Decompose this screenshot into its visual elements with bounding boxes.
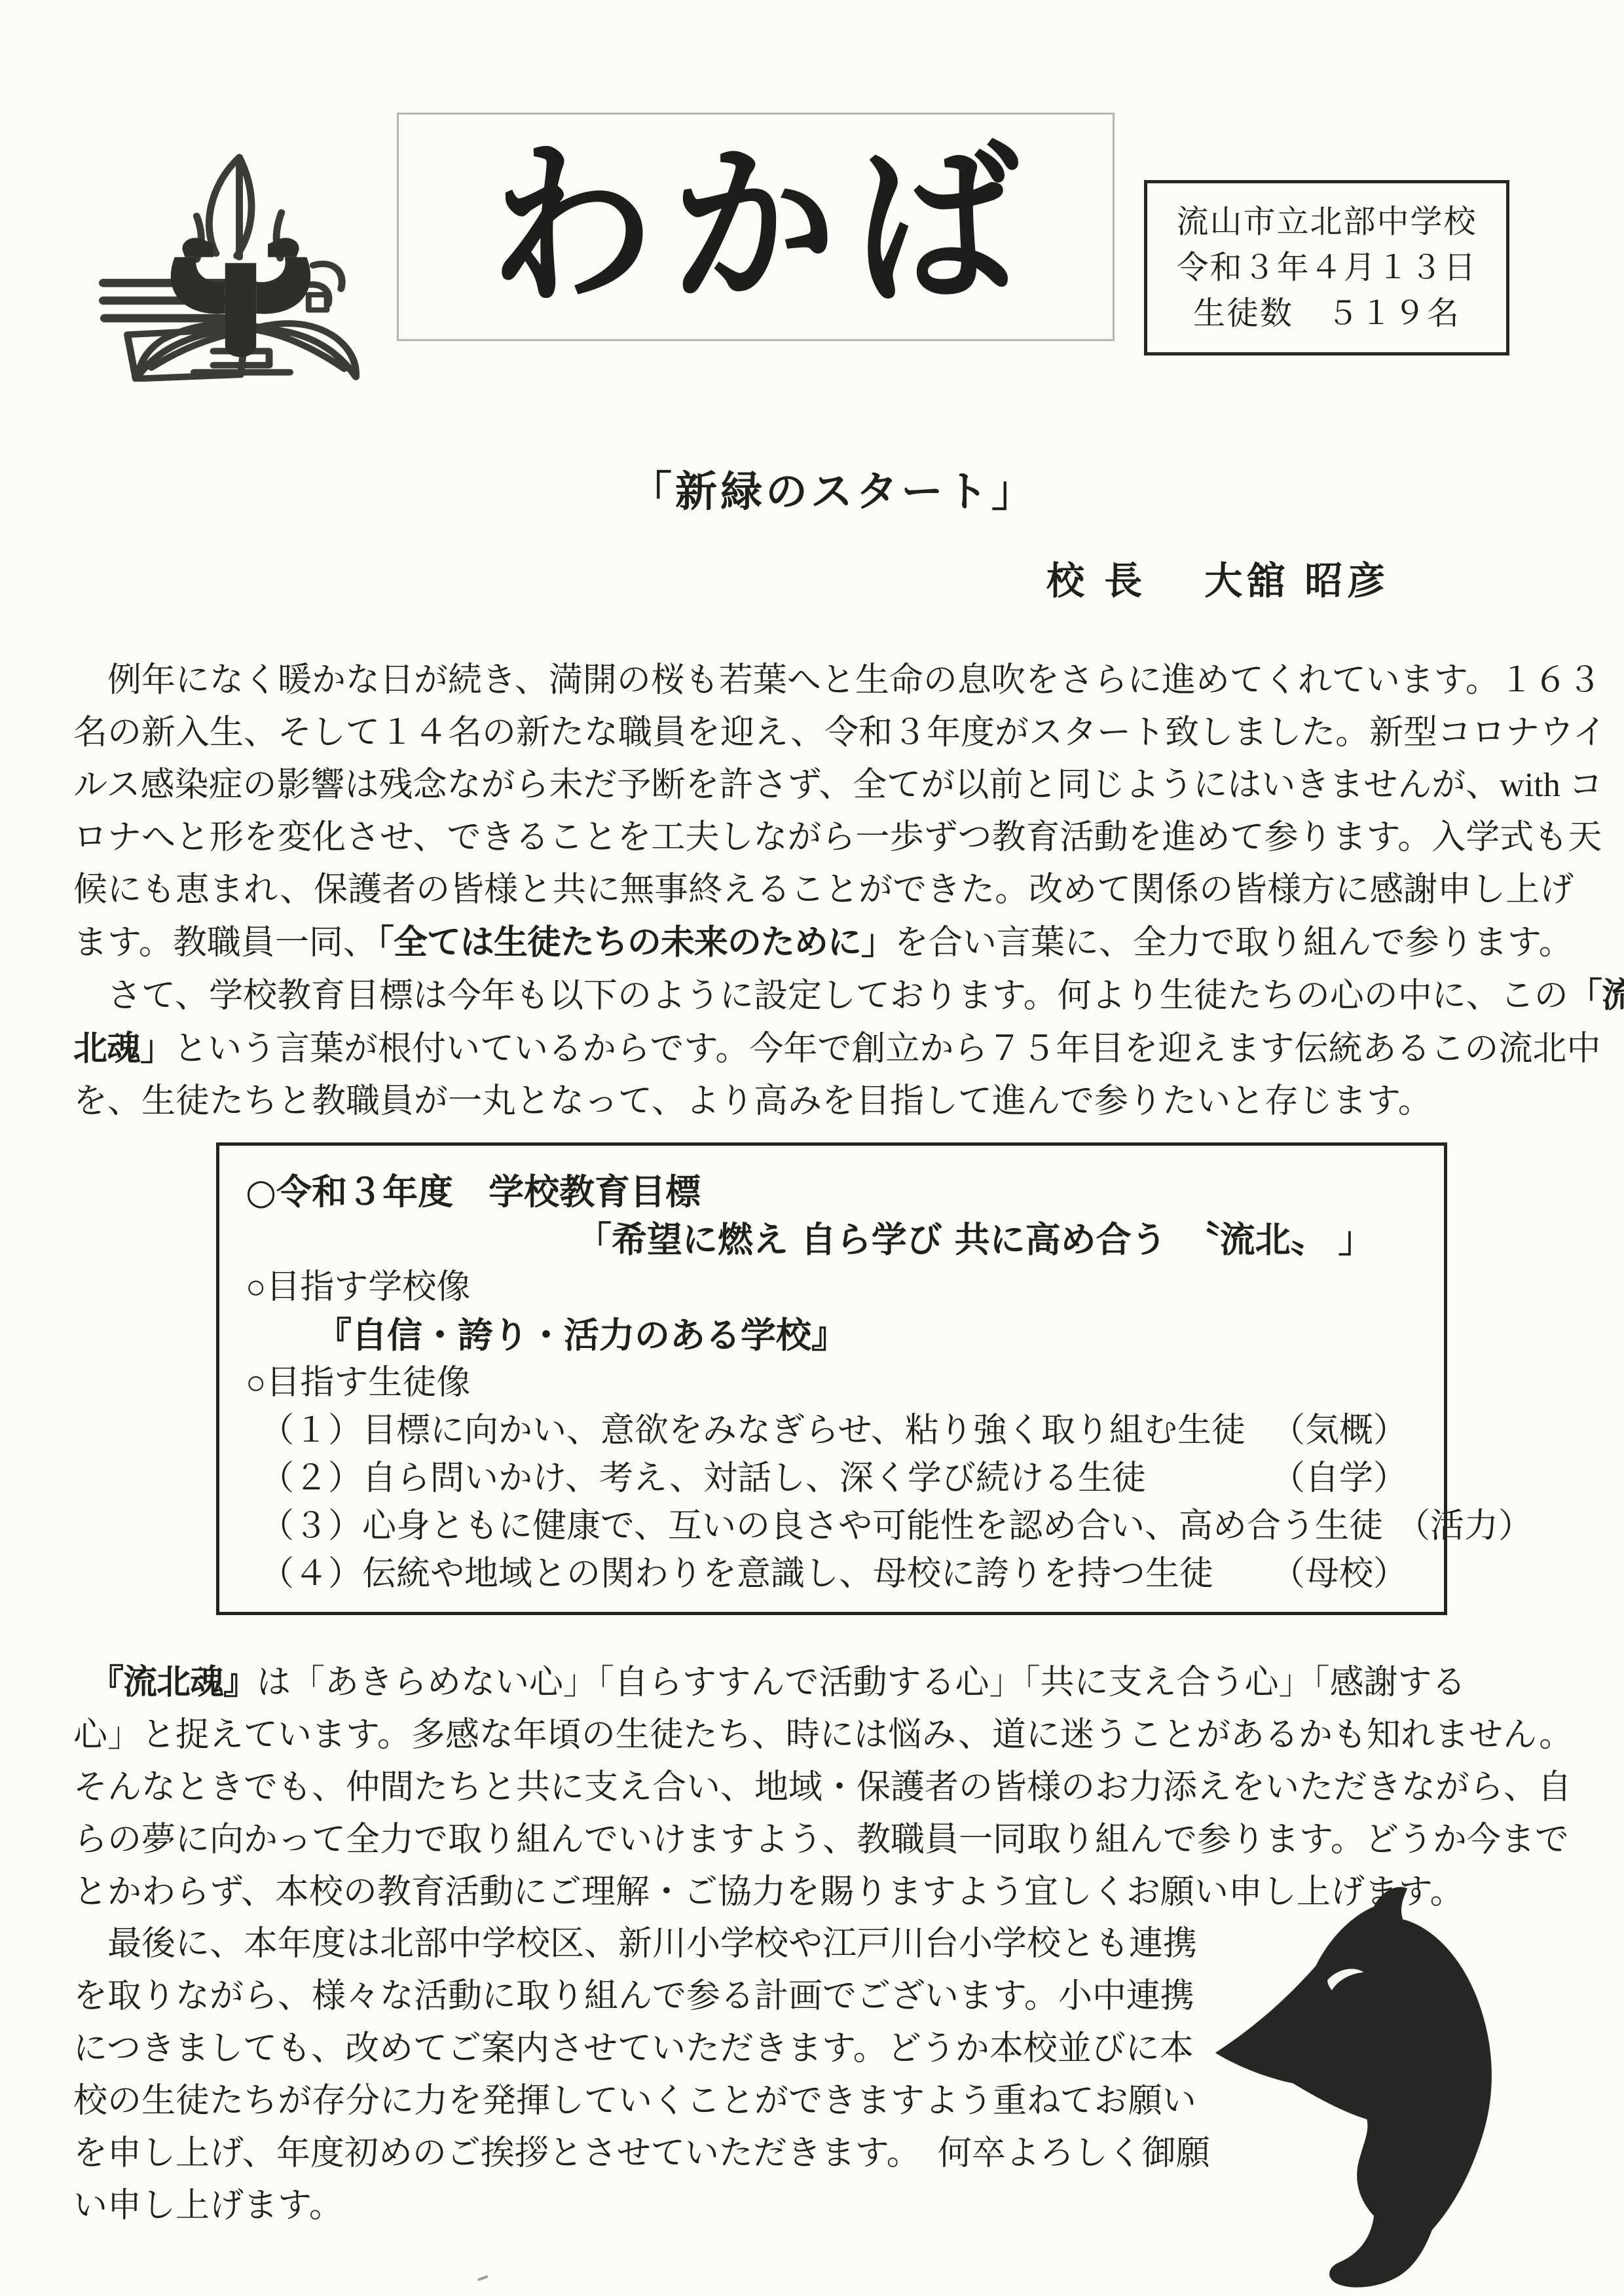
masthead-title-box: わかば	[397, 113, 1115, 341]
bird-mascot-icon	[1207, 1869, 1505, 2291]
text-line: さて、学校教育目標は今年も以下のように設定しております。何より生徒たちの心の中に…	[73, 970, 1624, 1023]
ryuhoku-spirit-emphasis: 「流	[1568, 976, 1624, 1015]
student-count: 生徒数 ５１９名	[1147, 291, 1506, 337]
text-line: ます。教職員一同、「全ては生徒たちの未来のために」を合い言葉に、全力で取り組んで…	[73, 917, 1624, 970]
text-line: を申し上げ、年度初めのご挨拶とさせていただきます。 何卒よろしく御願	[73, 2128, 1187, 2180]
newsletter-page: わかば 流山市立北部中学校 令和３年４月１３日 生徒数 ５１９名 「新緑のスター…	[0, 0, 1624, 2296]
goal-tag: （母校）	[1271, 1550, 1407, 1598]
text-line: を取りながら、様々な活動に取り組んで参る計画でございます。小中連携	[73, 1971, 1187, 2023]
student-goal-row: （４）伝統や地域との関わりを意識し、母校に誇りを持つ生徒（母校）	[246, 1550, 1407, 1598]
text-line: 心」と捉えています。多感な年頃の生徒たち、時には悩み、道に迷うことがあるかも知れ…	[73, 1709, 1573, 1762]
ryuhoku-spirit-emphasis: 北魂」	[73, 1029, 174, 1068]
school-motto: 「希望に燃え 自ら学び 共に高め合う 〝流北〟 」	[246, 1216, 1407, 1264]
goals-heading: ○令和３年度 学校教育目標	[246, 1168, 1407, 1216]
school-emblem-icon	[98, 141, 383, 382]
student-goal-row: （１）目標に向かい、意欲をみなぎらせ、粘り強く取り組む生徒（気概）	[246, 1407, 1407, 1455]
text-line: 最後に、本年度は北部中学校区、新川小学校や江戸川台小学校とも連携	[73, 1918, 1187, 1971]
text-line: ロナへと形を変化させ、できることを工夫しながら一歩ずつ教育活動を進めて参ります。…	[73, 812, 1624, 864]
student-image-label: ○目指す生徒像	[246, 1359, 1407, 1407]
scan-speck	[475, 2270, 488, 2282]
paragraph-1: 例年になく暖かな日が続き、満開の桜も若葉へと生命の息吹をさらに進めてくれています…	[73, 655, 1624, 1128]
article-author: 校 長 大舘 昭彦	[1046, 550, 1390, 605]
goal-tag: （自学）	[1271, 1455, 1407, 1503]
education-goals-box: ○令和３年度 学校教育目標 「希望に燃え 自ら学び 共に高め合う 〝流北〟 」 …	[216, 1142, 1447, 1615]
text-line: につきましても、改めてご案内させていただきます。どうか本校並びに本	[73, 2023, 1187, 2075]
goal-tag: （活力）	[1396, 1503, 1532, 1550]
school-image-label: ○目指す学校像	[246, 1264, 1407, 1311]
school-image: 『自信・誇り・活力のある学校』	[246, 1311, 1407, 1359]
issue-date: 令和３年４月１３日	[1147, 245, 1506, 291]
newsletter-title: わかば	[476, 139, 1035, 314]
text-line: 『流北魂』は「あきらめない心」「自らすすんで活動する心」「共に支え合う心」「感謝…	[73, 1656, 1573, 1709]
slogan-emphasis: 「全ては生徒たちの未来のために」	[377, 923, 895, 962]
text-line: 候にも恵まれ、保護者の皆様と共に無事終えることができた。改めて関係の皆様方に感謝…	[73, 864, 1624, 917]
text-line: 校の生徒たちが存分に力を発揮していくことができますよう重ねてお願い	[73, 2075, 1187, 2128]
text-line: 例年になく暖かな日が続き、満開の桜も若葉へと生命の息吹をさらに進めてくれています…	[73, 655, 1624, 707]
text-line: ルス感染症の影響は残念ながら未だ予断を許さず、全てが以前と同じようにはいきません…	[73, 759, 1624, 812]
text-line: そんなときでも、仲間たちと共に支え合い、地域・保護者の皆様のお力添えをいただきな…	[73, 1762, 1573, 1814]
text-line: 北魂」という言葉が根付いているからです。今年で創立から７５年目を迎えます伝統ある…	[73, 1023, 1624, 1076]
student-goal-row: （２）自ら問いかけ、考え、対話し、深く学び続ける生徒（自学）	[246, 1455, 1407, 1503]
paragraph-3: 最後に、本年度は北部中学校区、新川小学校や江戸川台小学校とも連携 を取りながら、…	[73, 1918, 1187, 2232]
text-line: 名の新入生、そして１４名の新たな職員を迎え、令和３年度がスタート致しました。新型…	[73, 707, 1624, 759]
student-goal-row: （３）心身ともに健康で、互いの良さや可能性を認め合い、高め合う生徒（活力）	[246, 1503, 1407, 1550]
issue-info-box: 流山市立北部中学校 令和３年４月１３日 生徒数 ５１９名	[1144, 180, 1509, 355]
article-title: 「新緑のスタート」	[630, 458, 1037, 519]
text-line: を、生徒たちと教職員が一丸となって、より高みを目指して進んで参りたいと存じます。	[73, 1076, 1624, 1128]
text-line: い申し上げます。	[73, 2180, 1187, 2232]
text-line: らの夢に向かって全力で取り組んでいけますよう、教職員一同取り組んで参ります。どう…	[73, 1814, 1573, 1867]
ryuhoku-spirit-emphasis: 『流北魂』	[73, 1663, 257, 1702]
school-name: 流山市立北部中学校	[1147, 199, 1506, 245]
goal-tag: （気概）	[1271, 1407, 1407, 1455]
